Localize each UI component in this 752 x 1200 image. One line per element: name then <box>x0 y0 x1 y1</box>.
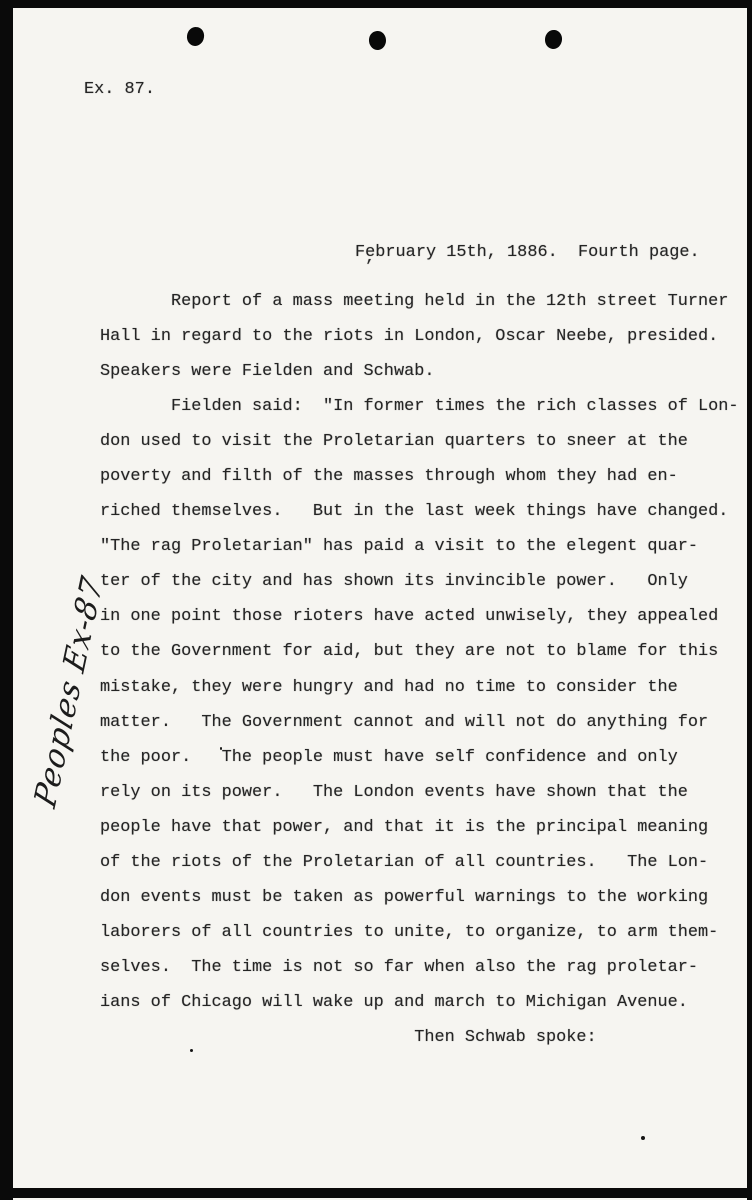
typed-line: don events must be taken as powerful war… <box>100 880 739 915</box>
typed-line: in one point those rioters have acted un… <box>100 599 739 634</box>
typed-line: riched themselves. But in the last week … <box>100 494 739 529</box>
scan-border-right <box>747 0 752 1200</box>
typed-line: people have that power, and that it is t… <box>100 810 739 845</box>
ink-speck <box>190 1049 193 1052</box>
scan-border-bottom <box>0 1188 752 1198</box>
typed-line: mistake, they were hungry and had no tim… <box>100 670 739 705</box>
punch-hole-icon <box>544 29 562 49</box>
typed-line: Then Schwab spoke: <box>100 1020 739 1055</box>
typed-line: poverty and filth of the masses through … <box>100 459 739 494</box>
typed-line: ter of the city and has shown its invinc… <box>100 564 739 599</box>
typed-line: ians of Chicago will wake up and march t… <box>100 985 739 1020</box>
typed-line: Report of a mass meeting held in the 12t… <box>100 284 739 319</box>
typed-line: Fielden said: "In former times the rich … <box>100 389 739 424</box>
scan-border-left <box>0 0 13 1200</box>
typed-line: Hall in regard to the riots in London, O… <box>100 319 739 354</box>
typed-line: laborers of all countries to unite, to o… <box>100 915 739 950</box>
typed-line: Speakers were Fielden and Schwab. <box>100 354 739 389</box>
typed-body: Report of a mass meeting held in the 12t… <box>100 284 739 1055</box>
typed-line: don used to visit the Proletarian quarte… <box>100 424 739 459</box>
punch-hole-icon <box>368 30 387 51</box>
ink-speck <box>641 1136 645 1140</box>
punch-hole-icon <box>186 26 205 47</box>
typed-line: to the Government for aid, but they are … <box>100 634 739 669</box>
typed-line: of the riots of the Proletarian of all c… <box>100 845 739 880</box>
scan-border-top <box>0 0 752 8</box>
typed-line: selves. The time is not so far when also… <box>100 950 739 985</box>
typed-line: rely on its power. The London events hav… <box>100 775 739 810</box>
date-line: February 15th, 1886. Fourth page. <box>355 243 700 262</box>
stray-ink-mark: ’ <box>364 258 374 277</box>
typed-line: the poor. The people must have self conf… <box>100 740 739 775</box>
typed-line: "The rag Proletarian" has paid a visit t… <box>100 529 739 564</box>
exhibit-label: Ex. 87. <box>84 80 155 99</box>
typed-line: matter. The Government cannot and will n… <box>100 705 739 740</box>
ink-speck <box>220 747 222 750</box>
